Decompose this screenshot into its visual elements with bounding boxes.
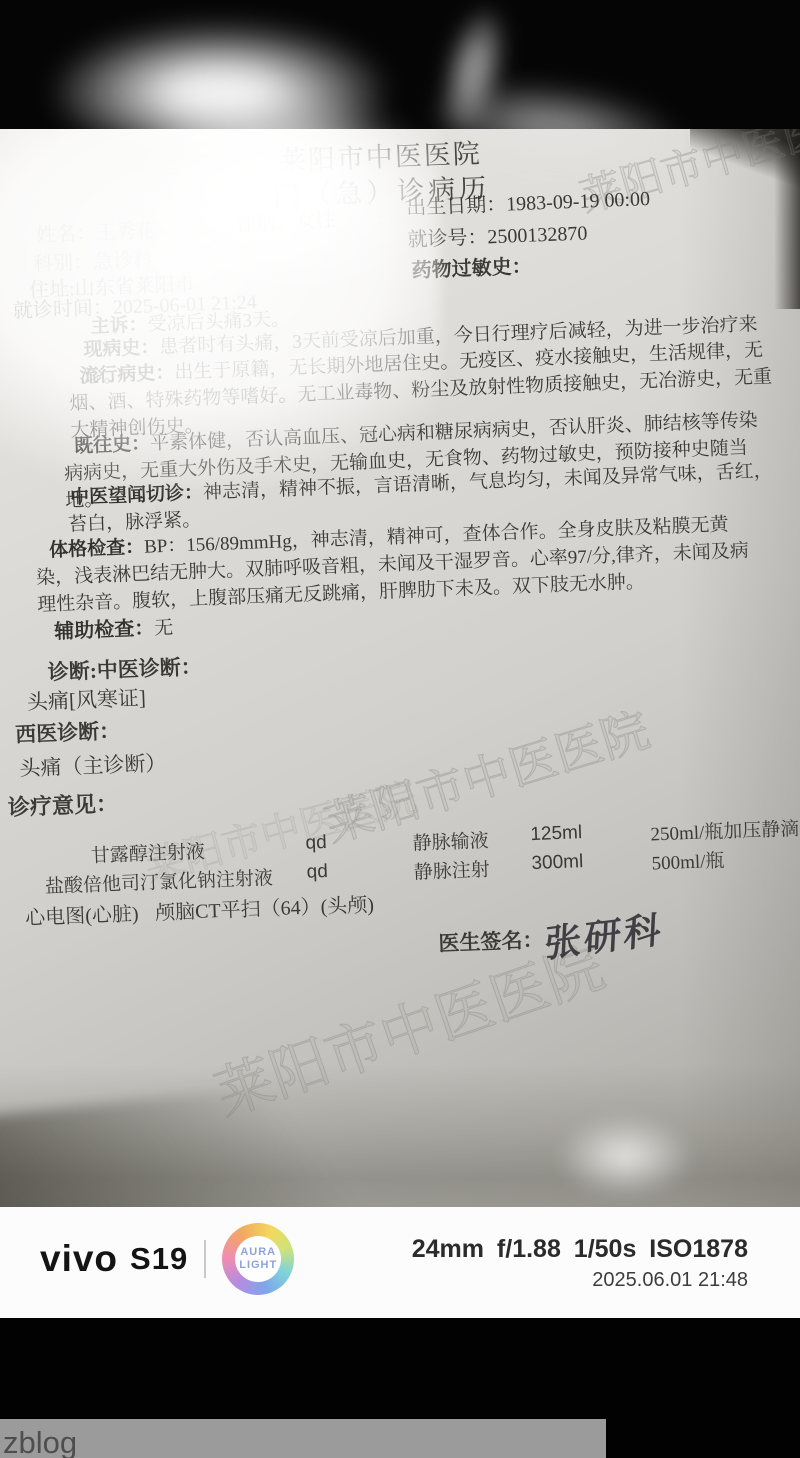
treatment-opinion-label: 诊疗意见：: [7, 787, 118, 822]
rx-dose: 300ml: [531, 851, 584, 875]
aura-text-line2: LIGHT: [239, 1259, 277, 1272]
camera-exif-info: 24mm f/1.88 1/50s ISO1878: [412, 1235, 748, 1264]
rx-frequency: qd: [305, 832, 327, 855]
exam-item-ecg: 心电图(心脏): [25, 897, 139, 930]
section-text: 无: [154, 618, 174, 640]
rx-route: 静脉输液: [412, 826, 489, 856]
diagnosis-tcm-label: 诊断:中医诊断：: [47, 651, 202, 687]
diagnosis-western-label: 西医诊断：: [15, 715, 121, 749]
rx-dose: 125ml: [530, 822, 583, 846]
screenshot-stage: 莱阳市中医医院 莱阳市中医医院 莱阳市中医医院 莱阳市中医医院 莱阳市中医医院 …: [0, 0, 800, 1458]
section-label: 体格检查：: [49, 537, 145, 562]
site-footer-bar: zblog: [0, 1419, 606, 1458]
vivo-logo: vivo: [40, 1238, 118, 1280]
document-photo: 莱阳市中医医院 莱阳市中医医院 莱阳市中医医院 莱阳市中医医院 莱阳市中医医院 …: [0, 129, 800, 1207]
rx-frequency: qd: [306, 861, 328, 884]
divider-line: [204, 1240, 206, 1278]
phone-model: S19: [130, 1241, 188, 1277]
rx-route: 静脉注射: [413, 855, 490, 885]
camera-watermark-strip: vivo S19 AURA LIGHT 24mm f/1.88 1/50s IS…: [0, 1207, 800, 1318]
aura-text-line1: AURA: [240, 1246, 276, 1259]
aura-light-ring-icon: AURA LIGHT: [222, 1223, 294, 1295]
diagnosis-western-value: 头痛（主诊断）: [19, 747, 167, 783]
flash-glare-overlay: [0, 129, 440, 489]
site-label: zblog: [3, 1425, 77, 1458]
doctor-signature-label: 医生签名：: [438, 924, 544, 958]
diagnosis-tcm-value: 头痛[风寒证]: [26, 682, 146, 717]
top-black-bar: [0, 0, 800, 129]
photo-datetime: 2025.06.01 21:48: [592, 1269, 748, 1292]
rx-spec: 500ml/瓶: [651, 846, 725, 876]
rx-spec: 250ml/瓶加压静滴: [650, 814, 800, 847]
brand-row: vivo S19 AURA LIGHT: [40, 1233, 294, 1285]
aura-light-label: AURA LIGHT: [235, 1236, 281, 1282]
section-label: 辅助检查：: [54, 617, 155, 643]
rx-drug-name: 甘露醇注射液: [90, 837, 205, 868]
